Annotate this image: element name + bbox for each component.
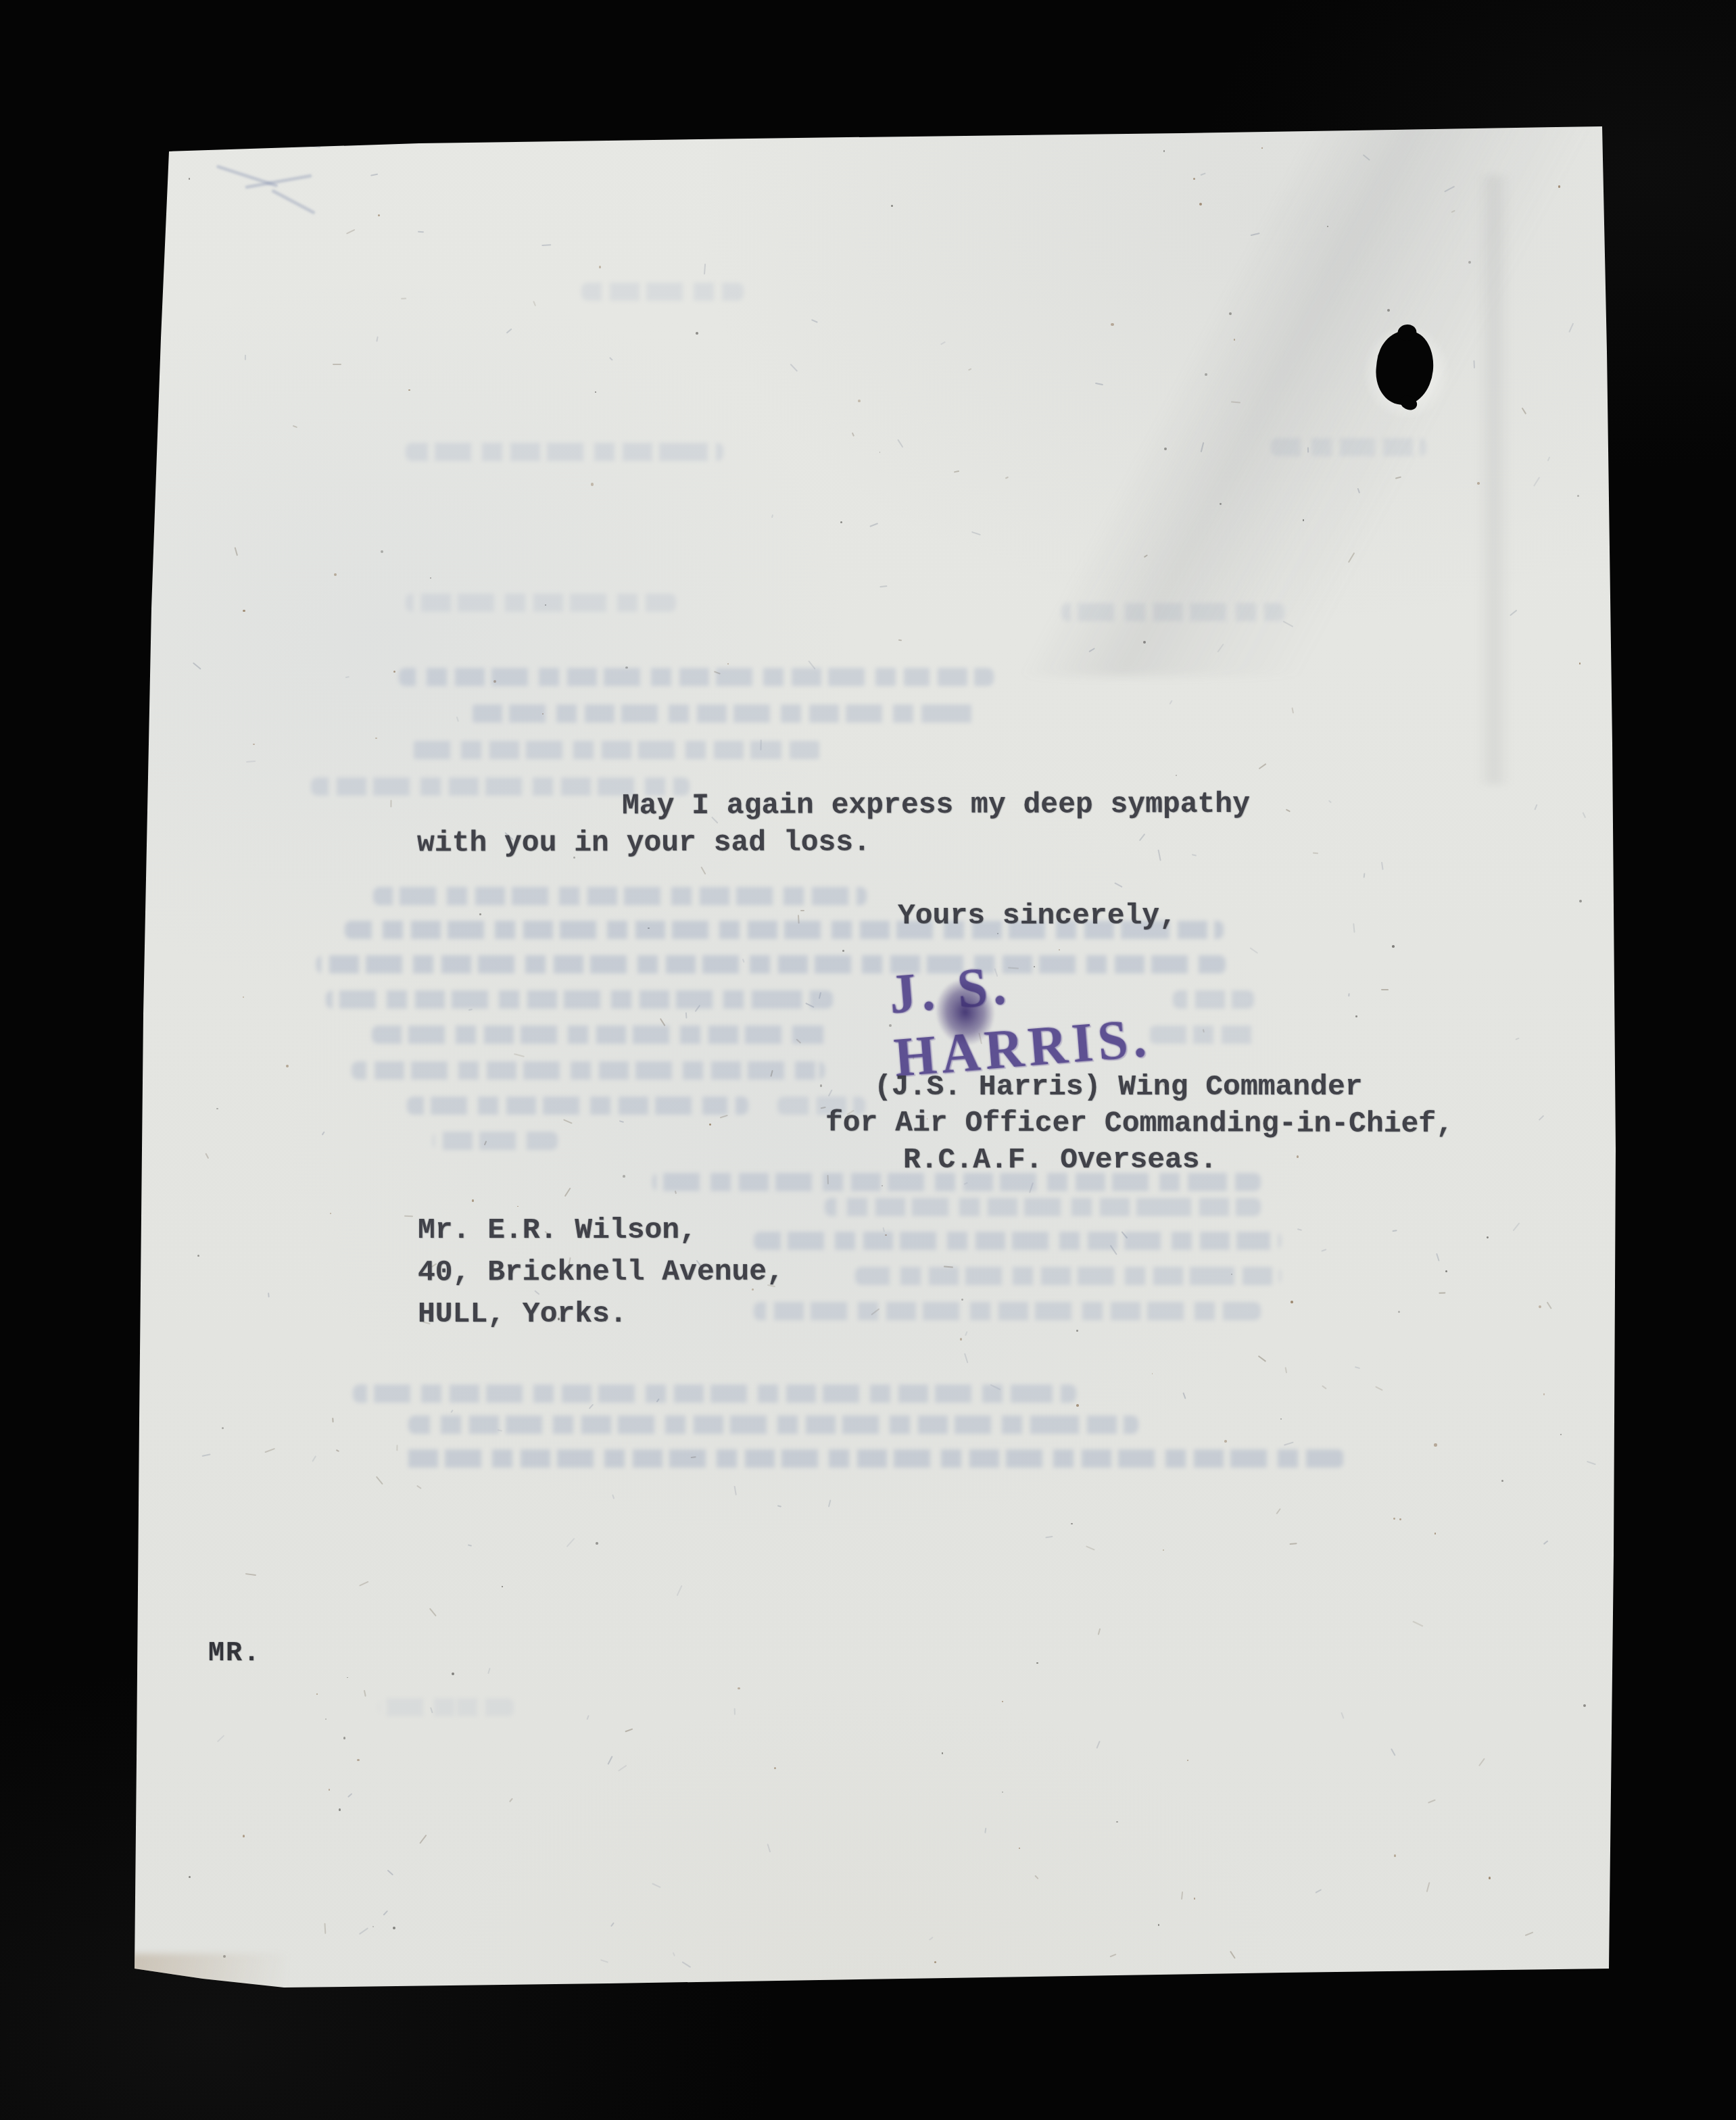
paper-fleck [595,391,597,393]
paper-fleck [1398,1311,1400,1313]
paper-fleck [378,214,380,216]
paper-fleck [709,1124,711,1126]
paper-fleck [1046,1536,1053,1538]
paper-fleck [771,514,773,519]
paper-fleck [1399,1518,1401,1520]
paper-fleck [929,1937,933,1940]
paper-fleck [1437,1253,1440,1261]
paper-fleck [1098,1629,1101,1635]
paper-fleck [468,1009,473,1011]
paper-fleck [360,1581,369,1587]
paper-fleck [820,1084,823,1087]
paper-fleck [372,1926,374,1927]
paper-fleck [1393,1230,1397,1232]
paper-fleck [564,1188,571,1197]
body-line-sympathy-2: with you in your sad loss. [417,825,871,860]
paper-fleck [1290,1543,1297,1545]
paper-fleck [1163,1549,1164,1551]
paper-fleck [197,1255,199,1257]
ghost-text-line [581,283,744,301]
paper-fleck [1560,1434,1562,1435]
paper-fleck [591,483,594,485]
paper-fleck [1583,1704,1586,1707]
paper-fleck [1392,945,1394,947]
paper-fleck [393,1927,395,1929]
paper-fleck [1313,852,1318,854]
ghost-text-line [470,704,977,723]
paper-fleck [1353,923,1355,933]
paper-fleck [1321,1249,1327,1252]
paper-fleck [1076,1404,1078,1406]
paper-fleck [1434,1443,1437,1446]
paper-fleck [1434,1533,1437,1535]
paper-fleck [243,610,245,612]
paper-fleck [1439,1293,1445,1294]
paper-fleck [456,717,459,722]
paper-fleck [587,1715,589,1720]
recipient-name: Mr. E.R. Wilson, [418,1213,697,1247]
signature-block-line-1: (J.S. Harris) Wing Commander [874,1070,1363,1103]
paper-fleck [1036,1662,1038,1664]
ghost-text-line [754,1302,1261,1320]
paper-fleck [502,1586,503,1587]
paper-fleck [677,1585,682,1596]
paper-fleck [608,1756,613,1764]
paper-fleck [1349,993,1350,996]
paper-fleck [1019,1848,1020,1849]
paper-fleck [898,640,902,641]
paper-fleck [1158,1924,1159,1925]
paper-fleck [391,800,392,807]
paper-fleck [777,1505,781,1507]
paper-fleck [1501,1480,1503,1482]
paper-fleck [325,1718,327,1720]
paper-fleck [1587,1461,1595,1465]
paper-fleck [1513,1222,1520,1230]
paper-fleck [370,174,378,176]
paper-fleck [1381,989,1389,990]
paper-fleck [343,1737,346,1739]
paper-fleck [858,400,861,402]
paper-fleck [1412,1621,1423,1627]
paper-fleck [842,950,844,952]
paper-fleck [472,1199,475,1202]
paper-fleck [652,1883,660,1887]
paper-fleck [357,1759,359,1761]
ghost-text-line [352,1061,825,1080]
ghost-text-line [825,1198,1261,1216]
paper-fleck [727,663,729,665]
paper-fleck [599,266,601,268]
paper-fleck [202,1454,211,1457]
paper-fleck [961,1299,963,1301]
paper-fleck [869,523,878,527]
paper-fleck [268,1293,269,1298]
paper-fleck [408,389,410,391]
paper-fleck [286,1065,289,1067]
paper-fleck [840,521,842,523]
paper-fleck [1394,1854,1396,1856]
paper-fleck [934,1961,936,1963]
paper-fleck [828,1090,832,1097]
paper-fleck [1183,1393,1186,1399]
paper-fleck [506,329,512,334]
paper-fleck [359,1927,368,1935]
paper-fleck [1071,1523,1073,1525]
paper-fleck [376,1476,383,1485]
paper-fleck [396,1445,397,1451]
paper-fleck [1364,873,1365,878]
paper-fleck [800,910,804,911]
paper-fleck [1445,1270,1447,1272]
paper-fleck [1539,1305,1541,1308]
ghost-text-line [406,594,676,612]
paper-fleck [612,1495,614,1499]
torn-corner-shade [125,1954,287,1994]
paper-fleck [534,1291,539,1295]
paper-fleck [1034,1875,1038,1879]
ghost-text-line [399,668,994,686]
paper-fleck [348,1793,353,1797]
signature-stamp: J. S. HARRIS. [887,934,1286,1067]
paper-fleck [364,1690,367,1697]
paper-fleck [1297,1228,1303,1230]
paper-fleck [960,1338,962,1340]
paper-fleck [393,671,395,673]
paper-fleck [1002,1791,1003,1793]
paper-fleck [625,1728,633,1732]
signature-block-line-3: R.C.A.F. Overseas. [903,1143,1217,1176]
paper-fleck [430,577,431,579]
paper-fleck [734,1708,736,1714]
ghost-text-line [401,1449,1344,1468]
paper-fleck [245,354,246,360]
paper-fleck [420,1835,427,1844]
paper-fleck [1478,1758,1485,1766]
paper-fleck [1224,1440,1226,1442]
paper-fleck [293,425,297,428]
paper-fleck [1393,1518,1395,1520]
paper-fleck [673,1952,675,1956]
paper-fleck [566,1538,575,1547]
paper-fleck [383,1910,387,1916]
paper-fleck [533,301,536,306]
paper-fleck [589,1404,594,1410]
paper-fleck [310,145,320,147]
valediction: Yours sincerely, [898,899,1177,932]
recipient-city: HULL, Yorks. [418,1297,627,1330]
paper-fleck [347,1677,348,1679]
paper-fleck [193,662,201,669]
paper-fleck [346,229,355,234]
paper-fleck [898,439,904,448]
paper-fleck [217,1735,224,1742]
signature-block-line-2: for Air Officer Commanding-in-Chief, [825,1106,1453,1140]
ghost-text-line [433,1132,558,1150]
paper-fleck [375,738,377,739]
paper-fleck [1547,1301,1552,1309]
paper-fleck [1286,809,1291,813]
paper-fleck [1291,1301,1293,1303]
paper-fleck [322,1132,325,1136]
paper-fleck [1543,1541,1548,1545]
paper-fleck [1297,1155,1299,1157]
paper-fleck [600,1959,608,1962]
ghost-text-line [373,887,867,905]
paper-fleck [563,1119,573,1124]
paper-fleck [1176,775,1177,776]
paper-fleck [609,357,613,361]
paper-fleck [216,1108,218,1109]
paper-fleck [852,433,854,437]
paper-fleck [1194,1898,1195,1899]
paper-fleck [1276,1508,1281,1514]
paper-fleck [1002,1701,1003,1702]
paper-fleck [767,1844,771,1852]
ghost-text-line [408,1416,1138,1434]
paper-fleck [541,245,551,246]
paper-fleck [1115,882,1123,887]
paper-fleck [1381,862,1383,870]
paper-fleck [404,1215,413,1217]
ghost-text-line [372,1026,831,1044]
recipient-street: 40, Bricknell Avenue, [418,1255,784,1289]
ghost-text-line [754,1232,1281,1250]
paper-fleck [879,452,881,453]
paper-fleck [596,1542,598,1544]
paper-fleck [418,231,424,232]
paper-fleck [1096,1741,1101,1749]
paper-crease-vertical [1453,176,1535,784]
body-line-sympathy-1: May I again express my deep sympathy [622,788,1250,823]
pencil-stroke [271,189,316,214]
typist-initials: MR. [208,1639,261,1670]
paper-fleck [205,1153,209,1159]
paper-fleck [752,1288,753,1290]
paper-fleck [264,1448,275,1453]
paper-fleck [333,364,341,365]
paper-fleck [1280,1418,1282,1420]
paper-fleck [243,1835,245,1837]
paper-fleck [738,1687,740,1689]
ghost-text-line [353,1384,1076,1403]
paper-fleck [1259,763,1267,769]
paper-fleck [235,547,238,556]
paper-fleck [1116,1821,1118,1823]
paper-fleck [965,1331,968,1336]
paper-fleck [734,1486,737,1495]
paper-fleck [1535,804,1538,810]
paper-fleck [1315,1889,1322,1894]
paper-fleck [245,1573,256,1576]
ghost-text-line [379,1698,514,1716]
paper-fleck [517,1206,519,1207]
paper-fleck [345,676,349,678]
paper-fleck [1391,1748,1395,1756]
paper-fleck [1515,1038,1519,1040]
paper-fleck [1258,1355,1267,1362]
paper-fleck [879,585,888,587]
paper-fleck [316,1693,318,1695]
paper-fleck [610,1923,614,1927]
paper-fleck [324,1923,327,1934]
paper-fleck [681,1962,690,1968]
paper-fleck [253,744,255,746]
paper-fleck [336,1449,340,1452]
paper-fleck [696,332,698,335]
paper-fleck [1086,1545,1095,1550]
paper-fleck [1110,1954,1117,1958]
paper-fleck [509,1798,512,1802]
ghost-text-line [407,1097,748,1115]
paper-fleck [1285,1367,1287,1373]
paper-fleck [1284,1442,1294,1446]
paper-fleck [964,1353,968,1362]
paper-fleck [312,1455,317,1462]
paper-fleck [811,319,818,322]
paper-fleck [1489,1877,1491,1879]
paper-fleck [246,761,256,763]
paper-fleck [329,1789,330,1790]
paper-fleck [1230,1951,1236,1959]
paper-fleck [1187,1760,1188,1761]
paper-fleck [401,298,406,299]
paper-fleck [1376,1386,1384,1391]
paper-fleck [1355,1015,1357,1017]
scanner-background: May I again express my deep sympathy wit… [0,0,1736,2120]
paper-fleck [701,866,706,874]
ghost-text-line [406,443,723,461]
paper-fleck [1322,1385,1326,1389]
paper-fleck [1292,708,1294,714]
ghost-text-line [855,1267,1281,1285]
paper-fleck [1139,834,1145,841]
paper-fleck [381,550,383,553]
paper-fleck [1543,1393,1545,1395]
paper-fleck [685,1013,687,1019]
paper-fleck [1181,1892,1183,1900]
paper-fleck [387,1870,393,1875]
paper-fleck [985,1828,987,1833]
paper-fleck [416,1485,422,1489]
paper-fleck [330,1213,331,1214]
paper-fleck [1428,1800,1436,1804]
paper-fleck [243,996,244,998]
paper-fleck [1525,1932,1533,1936]
ghost-text-line [326,990,833,1009]
paper-fleck [487,1668,490,1674]
paper-fleck [339,1808,341,1810]
paper-fleck [334,573,337,576]
paper-fleck [891,205,894,208]
paper-fleck [829,1499,831,1507]
paper-fleck [1076,1330,1078,1332]
paper-fleck [1355,1366,1360,1369]
paper-fleck [189,1876,191,1878]
paper-fleck [1328,800,1332,804]
paper-fleck [189,178,190,179]
paper-fleck [429,1608,437,1617]
paper-fleck [222,1427,224,1429]
paper-fleck [790,364,798,372]
paper-fleck [774,1767,776,1769]
paper-fleck [623,1175,625,1178]
paper-fleck [332,1418,333,1422]
paper-fleck [1426,1882,1430,1892]
paper-fleck [720,1115,728,1118]
paper-fleck [1341,1712,1344,1718]
paper-fleck [1582,813,1585,819]
paper-fleck [514,1053,525,1057]
paper-fleck [1158,849,1161,861]
paper-fleck [660,1018,665,1026]
paper-fleck [467,1544,471,1546]
paper-fleck [450,1410,453,1413]
paper-fleck [1192,854,1197,856]
paper-fleck [1539,1115,1544,1121]
letter-page: May I again express my deep sympathy wit… [0,0,1736,2120]
ghost-text-line [410,741,823,759]
paper-fleck [619,1120,623,1122]
paper-fleck [1579,900,1582,902]
paper-fleck [1152,1373,1153,1374]
paper-fleck [376,337,378,343]
paper-fleck [1487,1236,1489,1238]
paper-fleck [617,1765,627,1772]
paper-fleck [479,913,481,915]
paper-fleck [452,1672,454,1675]
paper-fleck [675,1190,677,1195]
paper-fleck [704,264,706,274]
paper-fleck [942,1752,944,1754]
paper-fleck [1170,700,1173,705]
